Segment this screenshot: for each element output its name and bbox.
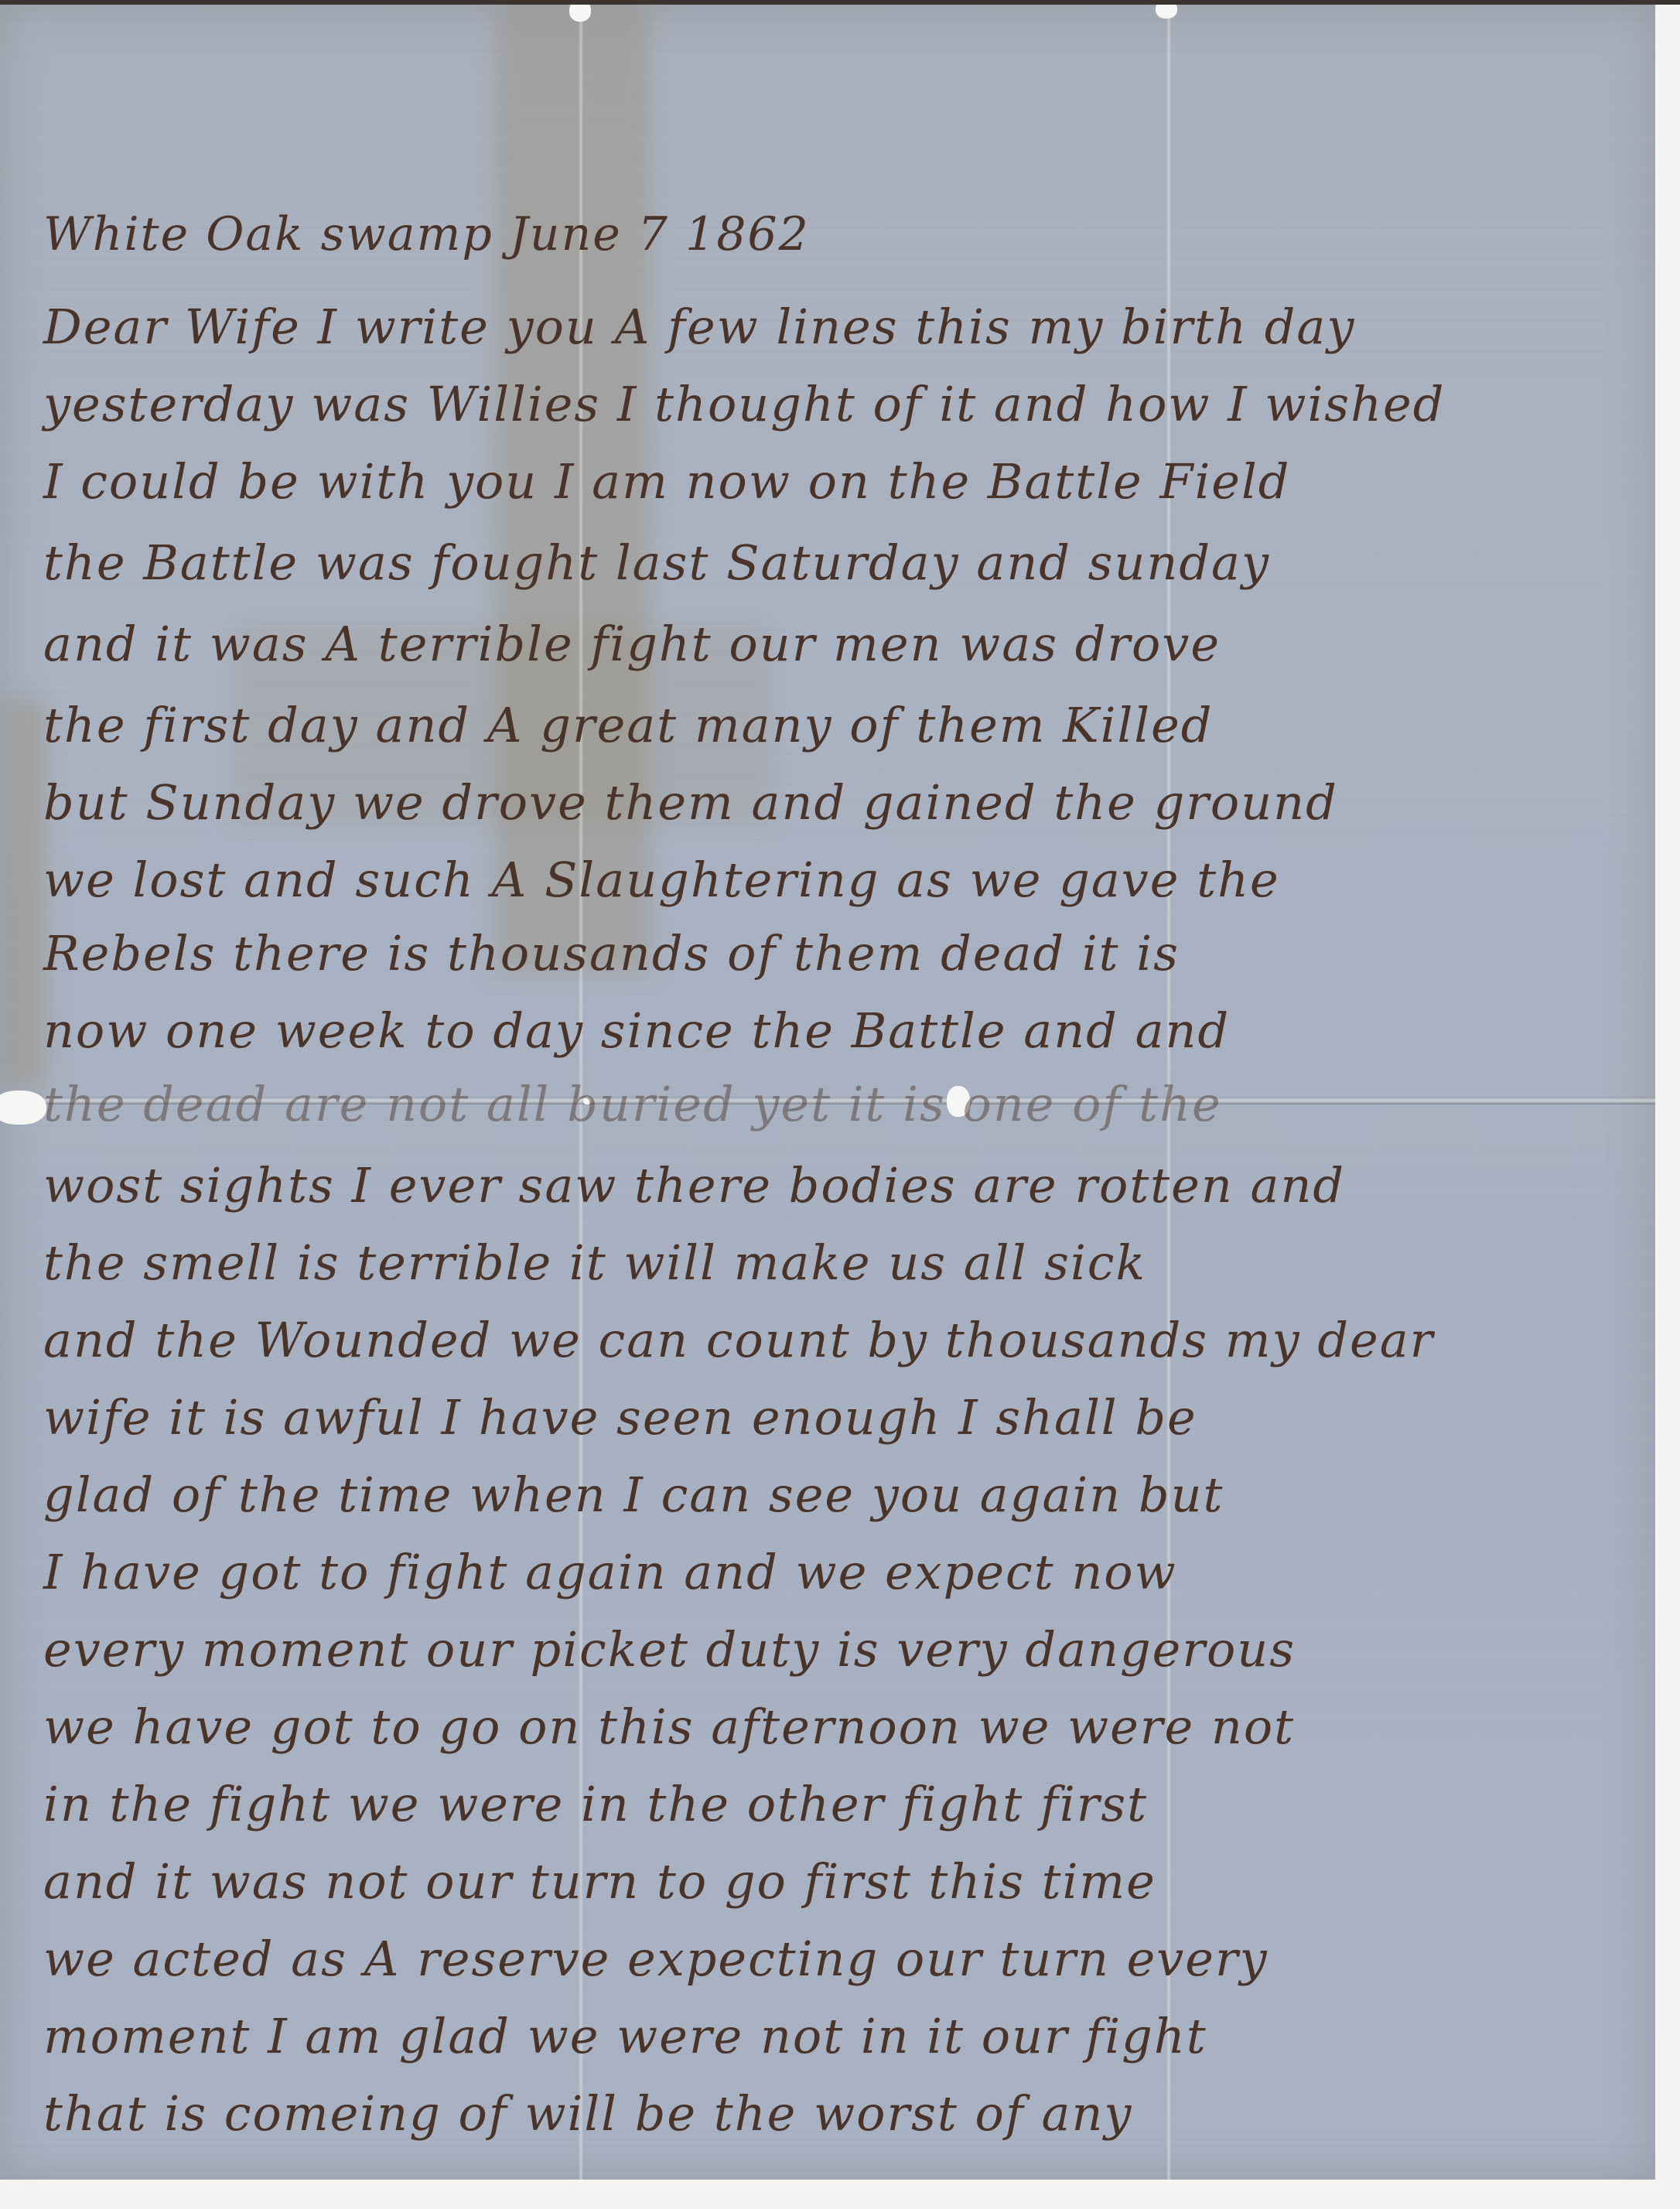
letter-line: the smell is terrible it will make us al…: [43, 1234, 1146, 1291]
letter-line: yesterday was Willies I thought of it an…: [43, 376, 1445, 432]
letter-line: we acted as A reserve expecting our turn…: [43, 1931, 1269, 1987]
letter-line: that is comeing of will be the worst of …: [43, 2085, 1132, 2142]
letter-line: glad of the time when I can see you agai…: [43, 1466, 1224, 1523]
letter-line: we lost and such A Slaughtering as we ga…: [43, 852, 1280, 908]
letter-line: and it was not our turn to go first this…: [43, 1853, 1156, 1910]
letter-line: Rebels there is thousands of them dead i…: [43, 925, 1180, 982]
letter-dateline: White Oak swamp June 7 1862: [43, 207, 810, 261]
letter-line: moment I am glad we were not in it our f…: [43, 2008, 1207, 2064]
letter-line: I have got to fight again and we expect …: [43, 1544, 1177, 1600]
water-stain-left-edge: [0, 701, 46, 1087]
letter-line-torn: the dead are not all buried yet it is on…: [43, 1076, 1222, 1132]
letter-line: wife it is awful I have seen enough I sh…: [43, 1389, 1197, 1446]
letter-line: we have got to go on this afternoon we w…: [43, 1699, 1295, 1755]
tear-top-center: [569, 5, 591, 22]
letter-line: but Sunday we drove them and gained the …: [43, 774, 1338, 831]
tear-fold-left-edge: [0, 1091, 46, 1125]
letter-line: the Battle was fought last Saturday and …: [43, 534, 1270, 591]
letter-line: every moment our picket duty is very dan…: [43, 1621, 1296, 1678]
letter-line: and it was A terrible fight our men was …: [43, 616, 1221, 672]
tear-top-right: [1156, 5, 1177, 19]
letter-line: in the fight we were in the other fight …: [43, 1776, 1148, 1832]
letter-line: the first day and A great many of them K…: [43, 697, 1214, 753]
letter-line: I could be with you I am now on the Batt…: [43, 453, 1291, 510]
letter-line: Dear Wife I write you A few lines this m…: [43, 299, 1355, 355]
letter-line: and the Wounded we can count by thousand…: [43, 1312, 1434, 1368]
letter-line: wost sights I ever saw there bodies are …: [43, 1157, 1345, 1214]
letter-page: White Oak swamp June 7 1862 Dear Wife I …: [0, 5, 1655, 2180]
letter-line: now one week to day since the Battle and…: [43, 1002, 1230, 1059]
